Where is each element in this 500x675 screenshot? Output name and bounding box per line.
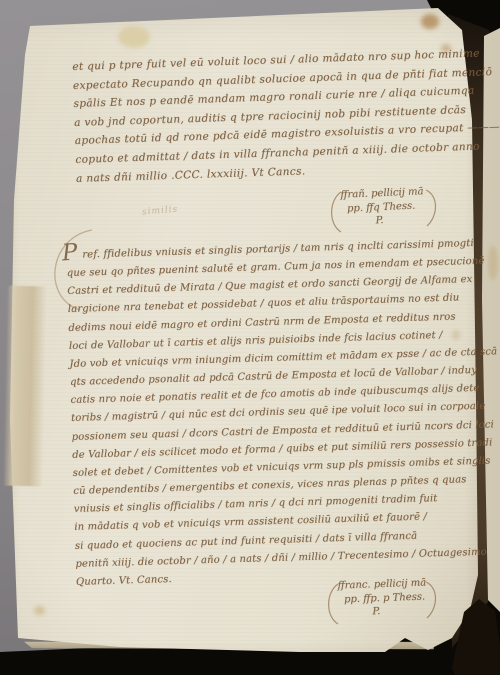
manuscript-photo: et qui p tpre fuit vel eū voluit loco su… (0, 0, 500, 675)
photo-vignette (0, 0, 500, 675)
